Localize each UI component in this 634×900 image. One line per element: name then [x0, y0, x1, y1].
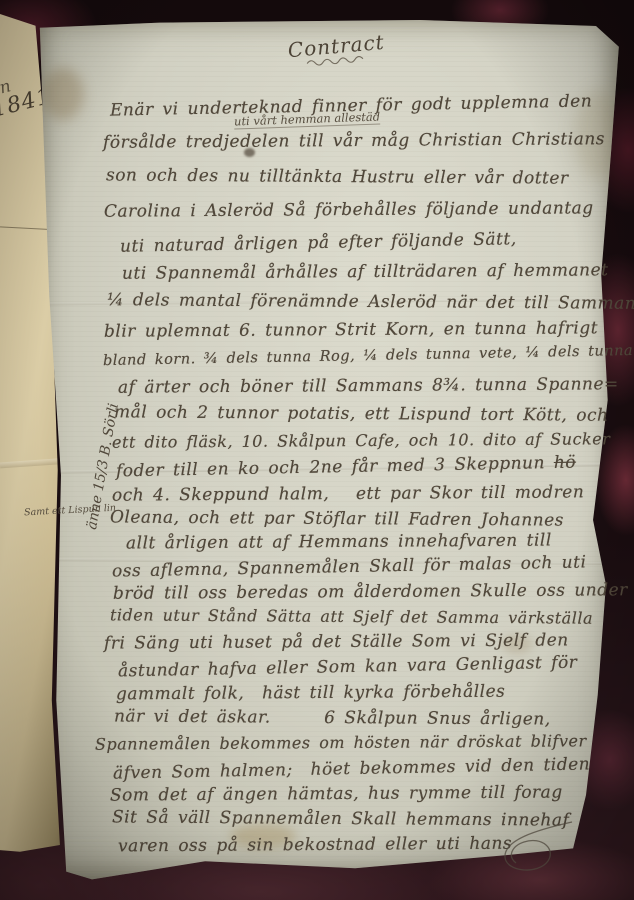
handwriting-line: och 4. Skeppund halm, ett par Skor till … — [112, 482, 584, 505]
handwriting-line: Oleana, och ett par Stöflar till Fadren … — [110, 507, 564, 530]
handwriting-line: ett dito fläsk, 10. Skålpun Cafe, och 10… — [112, 429, 610, 451]
handwriting-line: Carolina i Asleröd Så förbehålles följan… — [104, 198, 594, 221]
photo-scene: an 1841 Contract uti vårt hemman allestä… — [0, 0, 634, 900]
handwriting-body: Enär vi underteknad finner för godt uppl… — [0, 0, 634, 900]
handwriting-line: uti Spannemål århålles af tillträdaren a… — [122, 260, 609, 283]
handwriting-line: fri Säng uti huset på det Ställe Som vi … — [104, 630, 569, 653]
handwriting-line: mål och 2 tunnor potatis, ett Lispund to… — [114, 402, 609, 425]
handwriting-line-text: foder till en ko och 2ne får med 3 Skepp… — [116, 453, 554, 481]
handwriting-line: bröd till oss beredas om ålderdomen Skul… — [113, 580, 628, 604]
strikethrough-word: hö — [554, 453, 577, 473]
handwriting-line: när vi det äskar. 6 Skålpun Snus årligen… — [114, 706, 551, 729]
handwriting-line: foder till en ko och 2ne får med 3 Skepp… — [116, 453, 576, 482]
handwriting-line: oss aflemna, Spannemålen Skall för malas… — [112, 552, 587, 581]
handwriting-line: gammalt folk, häst till kyrka förbehålle… — [116, 682, 505, 705]
handwriting-line: försålde tredjedelen till vår måg Christ… — [103, 129, 605, 153]
pen-flourish — [492, 816, 584, 878]
handwriting-line: Spannemålen bekommes om hösten när drösk… — [95, 731, 587, 753]
handwriting-line: bland korn. ¾ dels tunna Rog, ¼ dels tun… — [103, 343, 633, 369]
handwriting-line: uti naturad årligen på efter följande Sä… — [120, 229, 517, 257]
handwriting-line: af ärter och böner till Sammans 8¾. tunn… — [118, 374, 619, 397]
handwriting-line: Som det af ängen hämtas, hus rymme till … — [110, 782, 563, 805]
handwriting-line: ¼ dels mantal förenämnde Asleröd när det… — [107, 290, 634, 314]
handwriting-line: son och des nu tilltänkta Hustru eller v… — [106, 165, 569, 188]
handwriting-line: varen oss på sin bekostnad eller uti han… — [118, 834, 512, 857]
handwriting-line: blir uplemnat 6. tunnor Strit Korn, en t… — [104, 318, 598, 341]
handwriting-line: tiden utur Stånd Sätta att Sjelf det Sam… — [110, 605, 593, 627]
handwriting-line: allt årligen att af Hemmans innehafvaren… — [126, 531, 552, 554]
handwriting-line: äfven Som halmen; höet bekommes vid den … — [113, 754, 591, 783]
handwriting-line: åstundar hafva eller Som kan vara Genlig… — [118, 653, 578, 682]
